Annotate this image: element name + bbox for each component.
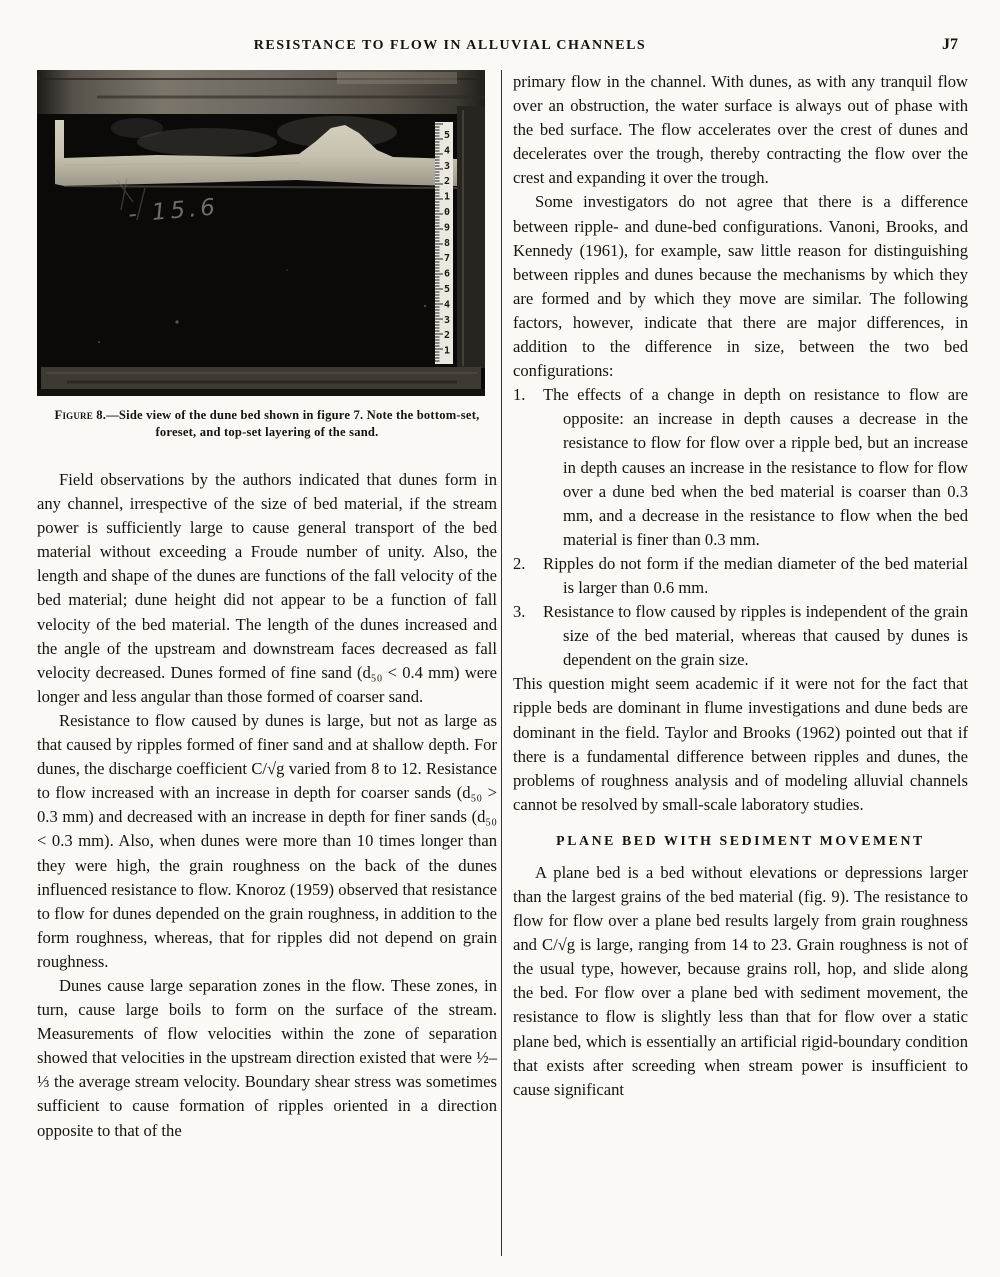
measuring-ruler: 543210987654321 (435, 122, 453, 364)
paragraph: Field observations by the authors indica… (37, 468, 497, 709)
numbered-item-2: 2.Ripples do not form if the median diam… (513, 552, 968, 600)
item-number: 3. (513, 600, 533, 624)
figure-8-photo: - 15.6 543210987654321 (37, 70, 485, 396)
column-divider (501, 70, 502, 1256)
left-column-text: Field observations by the authors indica… (37, 468, 497, 1143)
svg-text:5: 5 (444, 284, 450, 295)
svg-text:1: 1 (444, 346, 450, 357)
right-column-text: primary flow in the channel. With dunes,… (513, 70, 968, 1102)
dune-bed-photo: - 15.6 543210987654321 (37, 70, 485, 396)
svg-text:8: 8 (444, 238, 450, 249)
svg-text:4: 4 (444, 299, 450, 310)
item-text: Ripples do not form if the median diamet… (543, 554, 968, 597)
svg-text:6: 6 (444, 269, 450, 280)
paragraph: primary flow in the channel. With dunes,… (513, 70, 968, 190)
svg-text:3: 3 (444, 315, 450, 326)
paragraph: Some investigators do not agree that the… (513, 190, 968, 383)
svg-text:5: 5 (444, 130, 450, 141)
paragraph: Resistance to flow caused by dunes is la… (37, 709, 497, 974)
section-heading: PLANE BED WITH SEDIMENT MOVEMENT (513, 833, 968, 849)
numbered-item-1: 1.The effects of a change in depth on re… (513, 383, 968, 552)
figure-caption-label: Figure 8. (55, 408, 107, 422)
svg-text:2: 2 (444, 176, 450, 187)
ruler-digits: 543210987654321 (444, 130, 450, 357)
item-text: The effects of a change in depth on resi… (543, 385, 968, 549)
svg-text:4: 4 (444, 145, 450, 156)
item-number: 2. (513, 552, 533, 576)
paragraph: A plane bed is a bed without elevations … (513, 861, 968, 1102)
page-number: J7 (942, 36, 958, 54)
running-title: RESISTANCE TO FLOW IN ALLUVIAL CHANNELS (0, 38, 900, 54)
svg-text:0: 0 (444, 207, 450, 218)
item-text: Resistance to flow caused by ripples is … (543, 602, 968, 669)
svg-text:3: 3 (444, 161, 450, 172)
flume-post (457, 106, 485, 368)
numbered-item-3: 3.Resistance to flow caused by ripples i… (513, 600, 968, 672)
svg-text:9: 9 (444, 222, 450, 233)
svg-text:7: 7 (444, 253, 450, 264)
flume-bottom-rail (41, 367, 481, 389)
figure-caption-text: —Side view of the dune bed shown in figu… (106, 408, 479, 439)
document-page: RESISTANCE TO FLOW IN ALLUVIAL CHANNELS … (0, 0, 1000, 1277)
paragraph: This question might seem academic if it … (513, 672, 968, 817)
left-column: - 15.6 543210987654321 (37, 70, 497, 1143)
figure-caption: Figure 8.—Side view of the dune bed show… (51, 407, 483, 441)
svg-text:1: 1 (444, 192, 450, 203)
paragraph: Dunes cause large separation zones in th… (37, 974, 497, 1143)
right-column: primary flow in the channel. With dunes,… (513, 70, 968, 1102)
item-number: 1. (513, 383, 533, 407)
svg-text:2: 2 (444, 330, 450, 341)
running-head: RESISTANCE TO FLOW IN ALLUVIAL CHANNELS … (0, 38, 1000, 60)
